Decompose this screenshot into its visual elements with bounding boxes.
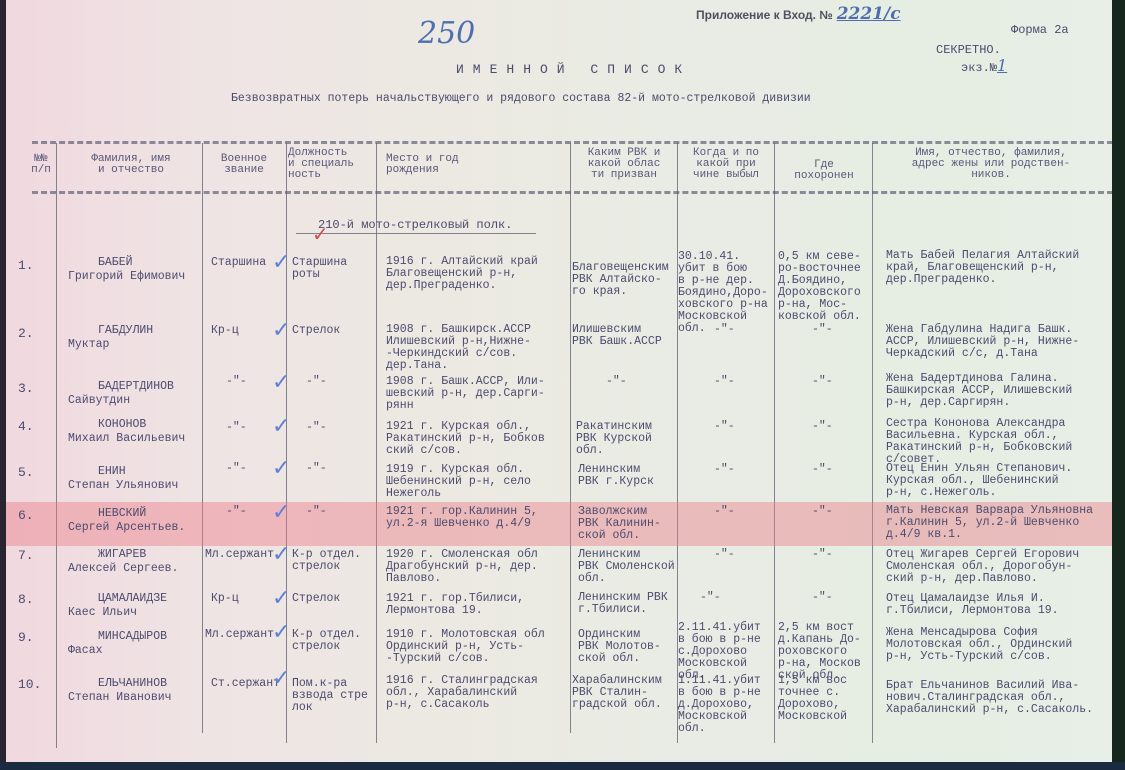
birth: 1908 г. Башкирск.АССР Илишевский р-н,Ниж… — [386, 324, 531, 372]
red-check-mark-icon: ✓ — [312, 222, 329, 246]
relatives: Жена Габдулина Надига Башк. АССР, Илишев… — [886, 324, 1079, 360]
secret-label: СЕКРЕТНО. — [936, 44, 1001, 56]
relatives: Отец Жигарев Сергей Егорович Смоленская … — [886, 549, 1079, 585]
rank: -"- — [226, 463, 247, 475]
col-divider — [872, 143, 873, 743]
row-number: 6. — [18, 508, 34, 523]
column-header-relatives: Имя, отчество, фамилия, адрес жены или р… — [876, 148, 1106, 181]
surname: БАДЕРТДИНОВ — [98, 381, 174, 393]
burial-place: -"- — [812, 506, 833, 518]
burial-place: -"- — [812, 592, 833, 604]
row-number: 7. — [18, 548, 34, 563]
header-rule-bottom — [32, 191, 1112, 194]
rvk: Харабалинским РВК Сталин- градской обл. — [572, 675, 662, 711]
column-header-position: Должность и специаль ность — [288, 148, 376, 181]
burial-place: 2,5 км вост д.Капань До- роховского р-на… — [778, 622, 861, 682]
col-divider — [286, 143, 287, 743]
position: Стрелок — [292, 593, 340, 605]
copy-label: экз.№1 — [961, 60, 1007, 74]
relatives: Жена Бадертдинова Галина. Башкирская АСС… — [886, 373, 1072, 409]
position: -"- — [306, 463, 327, 475]
row-number: 10. — [18, 677, 41, 692]
position: Стрелок — [292, 325, 340, 337]
when-reason: -"- — [714, 464, 735, 476]
position: Пом.к-ра взвода стре лок — [292, 678, 368, 714]
birth: 1921 г. гор.Калинин 5, ул.2-я Шевченко д… — [386, 506, 538, 530]
when-reason: -"- — [714, 421, 735, 433]
position: К-р отдел. стрелок — [292, 549, 361, 573]
position: -"- — [306, 506, 327, 518]
when-reason: -"- — [714, 324, 735, 336]
burial-place: -"- — [812, 421, 833, 433]
position: -"- — [306, 422, 327, 434]
rank: Мл.сержант — [205, 629, 274, 641]
given-names: Сайвутдин — [68, 395, 130, 407]
relatives: Мать Бабей Пелагия Алтайский край, Благо… — [886, 250, 1079, 286]
scan-right-edge — [1112, 0, 1125, 770]
position: Старшина роты — [292, 257, 347, 281]
when-reason: -"- — [714, 506, 735, 518]
col-divider — [774, 143, 775, 743]
given-names: Алексей Сергеев. — [68, 563, 178, 575]
rank: -"- — [226, 376, 247, 388]
rank: -"- — [226, 422, 247, 434]
burial-place: 1,5 км вос точнее с. Дорохово, Московско… — [778, 675, 847, 723]
scan-bottom-edge — [0, 762, 1125, 770]
check-mark-icon: ✓ — [272, 370, 290, 395]
check-mark-icon: ✓ — [272, 586, 290, 611]
burial-place: -"- — [812, 464, 833, 476]
given-names: Муктар — [68, 339, 109, 351]
column-header-name: Фамилия, имя и отчество — [61, 154, 201, 176]
birth: 1916 г. Алтайский край Благовещенский р-… — [386, 256, 538, 292]
column-header-rank: Военное звание — [204, 154, 284, 176]
given-names: Михаил Васильевич — [68, 433, 185, 445]
surname: КОНОНОВ — [98, 419, 146, 431]
relatives: Брат Ельчанинов Василий Ива- нович.Стали… — [886, 680, 1093, 716]
burial-place: -"- — [812, 376, 833, 388]
check-mark-icon: ✓ — [272, 318, 290, 343]
given-names: Фасах — [68, 645, 103, 657]
relatives: Сестра Кононова Александра Васильевна. К… — [886, 418, 1072, 466]
surname: ЖИГАРЕВ — [98, 549, 146, 561]
rvk: Ленинским РВК г.Тбилиси. — [578, 592, 668, 616]
rvk: Ракатинским РВК Курской обл. — [576, 421, 652, 457]
given-names: Каес Ильич — [68, 607, 137, 619]
surname: ГАБДУЛИН — [98, 325, 153, 337]
surname: ЦАМАЛАИДЗЕ — [98, 593, 167, 605]
when-reason: -"- — [714, 549, 735, 561]
section-label: 210-й мото-стрелковый полк. — [318, 219, 512, 231]
row-number: 3. — [18, 381, 34, 396]
relatives: Отец Цамалаидзе Илья И. г.Тбилиси, Лермо… — [886, 593, 1059, 617]
row-number: 9. — [18, 630, 34, 645]
rank: Ст.сержант — [211, 678, 280, 690]
check-mark-icon: ✓ — [272, 620, 290, 645]
col-divider — [202, 143, 203, 733]
rank: Мл.сержант — [205, 549, 274, 561]
check-mark-icon: ✓ — [272, 456, 290, 481]
document-subtitle: Безвозвратных потерь начальствующего и р… — [231, 93, 811, 105]
row-number: 4. — [18, 419, 34, 434]
rvk: Заволжским РВК Калинин- ской обл. — [578, 506, 661, 542]
row-number: 2. — [18, 326, 34, 341]
column-header-num: №№ п/п — [26, 154, 56, 176]
rvk: -"- — [606, 376, 627, 388]
when-reason: -"- — [714, 376, 735, 388]
burial-place: -"- — [812, 324, 833, 336]
rvk: Ленинским РВК Смоленской обл. — [578, 549, 675, 585]
header-rule-top — [32, 141, 1112, 144]
document-title: ИМЕННОЙ СПИСОК — [456, 64, 691, 76]
check-mark-icon: ✓ — [272, 542, 290, 567]
rank: -"- — [226, 506, 247, 518]
handwritten-page-number: 250 — [418, 16, 475, 51]
birth: 1921 г. Курская обл., Ракатинский р-н, Б… — [386, 421, 545, 457]
copy-number: 1 — [997, 56, 1007, 75]
rvk: Благовещенским РВК Алтайско- го края. — [572, 262, 669, 298]
rank: Кр-ц — [211, 593, 239, 605]
birth: 1921 г. гор.Тбилиси, Лермонтова 19. — [386, 593, 524, 617]
appendix-label: Приложение к Вход. №2221/с — [696, 4, 901, 24]
col-divider — [570, 143, 571, 733]
rvk: Илишевским РВК Башк.АССР — [572, 324, 662, 348]
position: -"- — [306, 376, 327, 388]
surname: МИНСАДЫРОВ — [98, 631, 167, 643]
position: К-р отдел. стрелок — [292, 629, 361, 653]
burial-place: 0,5 км севе- ро-восточнее Д.Боядино, Дор… — [778, 251, 861, 323]
col-divider — [56, 143, 57, 748]
given-names: Степан Иванович — [68, 692, 172, 704]
form-label: Форма 2а — [1011, 24, 1069, 36]
surname: ЕНИН — [98, 466, 126, 478]
rank: Старшина — [211, 257, 266, 269]
surname: ЕЛЬЧАНИНОВ — [98, 678, 167, 690]
column-header-rvk: Каким РВК и какой облас ти призван — [572, 148, 676, 181]
rvk: Ленинским РВК г.Курск — [578, 464, 654, 488]
given-names: Григорий Ефимович — [68, 271, 185, 283]
birth: 1916 г. Сталинградская обл., Харабалинск… — [386, 675, 538, 711]
row-number: 8. — [18, 592, 34, 607]
column-header-when: Когда и по какой при чине выбыл — [678, 148, 774, 181]
birth: 1908 г. Башк.АССР, Или- шевский р-н, дер… — [386, 376, 545, 412]
given-names: Сергей Арсентьев. — [68, 522, 185, 534]
appendix-text: Приложение к Вход. № — [696, 8, 833, 22]
copy-label-text: экз.№ — [961, 61, 997, 75]
column-header-birth: Место и год рождения — [386, 154, 536, 176]
row-number: 1. — [18, 258, 34, 273]
relatives: Отец Енин Ульян Степанович. Курская обл.… — [886, 463, 1072, 499]
birth: 1910 г. Молотовская обл Ординский р-н, У… — [386, 629, 545, 665]
relatives: Жена Менсадырова София Молотовская обл.,… — [886, 627, 1072, 663]
when-reason: 1.11.41.убит в бою в р-не д.Дорохово, Мо… — [678, 675, 761, 735]
surname: БАБЕЙ — [98, 257, 133, 269]
row-number: 5. — [18, 465, 34, 480]
check-mark-icon: ✓ — [272, 414, 290, 439]
document-sheet: 250 Приложение к Вход. №2221/с Форма 2а … — [6, 0, 1112, 762]
appendix-number: 2221/с — [837, 4, 901, 24]
rvk: Ординским РВК Молотов- ской обл. — [578, 629, 661, 665]
rank: Кр-ц — [211, 325, 239, 337]
burial-place: -"- — [812, 549, 833, 561]
check-mark-icon: ✓ — [272, 666, 290, 691]
section-underline — [296, 233, 536, 234]
when-reason: 2.11.41.убит в бою в р-не с.Дорохово Мос… — [678, 622, 761, 682]
check-mark-icon: ✓ — [272, 500, 290, 525]
check-mark-icon: ✓ — [272, 250, 290, 275]
given-names: Степан Ульянович — [68, 480, 178, 492]
birth: 1920 г. Смоленская обл Драгобунский р-н,… — [386, 549, 538, 585]
surname: НЕВСКИЙ — [98, 508, 146, 520]
column-header-buried: Где похоронен — [776, 160, 872, 182]
when-reason: -"- — [700, 592, 721, 604]
relatives: Мать Невская Варвара Ульяновна г.Калинин… — [886, 505, 1093, 541]
birth: 1919 г. Курская обл. Шебенинский р-н, се… — [386, 464, 531, 500]
